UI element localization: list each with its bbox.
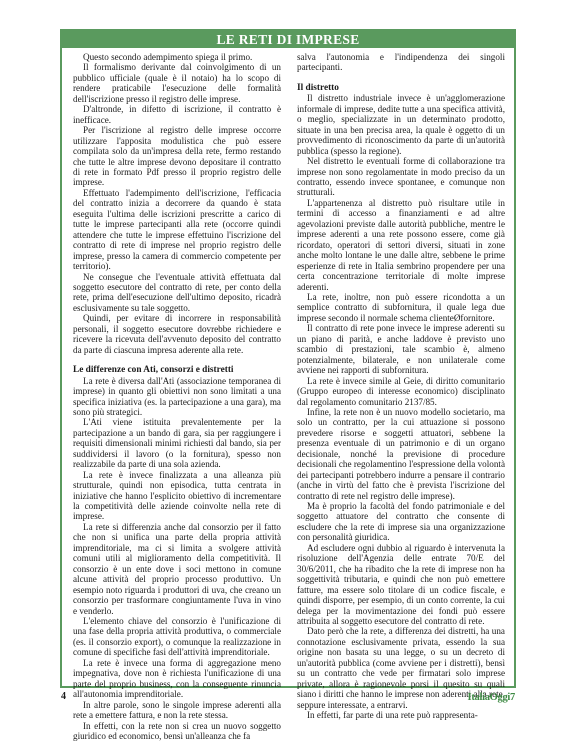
paragraph: La rete, inoltre, non può essere ricondo… <box>297 292 505 323</box>
paragraph: In altre parole, sono le singole imprese… <box>73 700 281 721</box>
section-heading: Le differenze con Ati, consorzi e distre… <box>73 365 281 375</box>
paragraph: Il contratto di rete pone invece le impr… <box>297 323 505 375</box>
paragraph: L'Ati viene istituita prevalentemente pe… <box>73 417 281 469</box>
paragraph: La rete è invece una forma di aggregazio… <box>73 658 281 700</box>
left-column: Questo secondo adempimento spiega il pri… <box>73 52 281 741</box>
paragraph: Nel distretto le eventuali forme di coll… <box>297 156 505 198</box>
paragraph: La rete è invece finalizzata a una allea… <box>73 470 281 522</box>
paragraph: In effetti, far parte di una rete può ra… <box>297 710 505 720</box>
paragraph: L'appartenenza al distretto può risultar… <box>297 198 505 292</box>
paragraph-continuation: salva l'autonomia e l'indipendenza dei s… <box>297 52 505 73</box>
paragraph: In effetti, con la rete non si crea un n… <box>73 721 281 742</box>
paragraph: Ad escludere ogni dubbio al riguardo è i… <box>297 543 505 627</box>
paragraph: La rete è diversa dall'Ati (associazione… <box>73 376 281 418</box>
paragraph: Quindi, per evitare di incorrere in resp… <box>73 313 281 355</box>
publication-logo: ItaliaOggi7 <box>468 692 515 703</box>
paragraph: Il distretto industriale invece è un'agg… <box>297 93 505 156</box>
paragraph: D'altronde, in difetto di iscrizione, il… <box>73 104 281 125</box>
paragraph: Effettuato l'adempimento dell'iscrizione… <box>73 188 281 272</box>
paragraph: Per l'iscrizione al registro delle impre… <box>73 125 281 188</box>
article-columns: Questo secondo adempimento spiega il pri… <box>73 52 505 741</box>
paragraph: Il formalismo derivante dal coinvolgimen… <box>73 62 281 104</box>
right-column: salva l'autonomia e l'indipendenza dei s… <box>297 52 505 741</box>
paragraph: L'elemento chiave del consorzio è l'unif… <box>73 616 281 658</box>
section-title: LE RETI DI IMPRESE <box>62 31 514 48</box>
article-box: LE RETI DI IMPRESE Questo secondo adempi… <box>60 29 516 688</box>
paragraph: Ne consegue che l'eventuale attività eff… <box>73 272 281 314</box>
paragraph: Questo secondo adempimento spiega il pri… <box>73 52 281 62</box>
paragraph: Ma è proprio la facoltà del fondo patrim… <box>297 501 505 543</box>
paragraph: Infine, la rete non è un nuovo modello s… <box>297 407 505 501</box>
paragraph: La rete si differenzia anche dal consorz… <box>73 522 281 616</box>
section-heading: Il distretto <box>297 83 505 93</box>
paragraph: La rete è invece simile al Geie, di diri… <box>297 376 505 407</box>
page-number: 4 <box>61 691 66 702</box>
